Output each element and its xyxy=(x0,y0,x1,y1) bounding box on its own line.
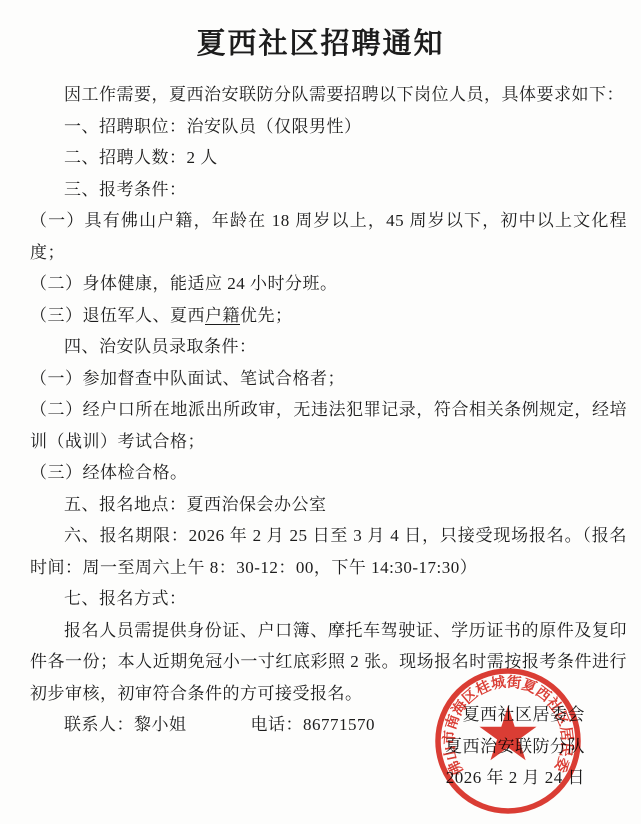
requirement-3-prefix: （三）退伍军人、夏西 xyxy=(30,306,205,325)
admission-3: （三）经体检合格。 xyxy=(30,457,627,489)
admission-2: （二）经户口所在地派出所政审，无违法犯罪记录，符合相关条例规定，经培训（战训）考… xyxy=(30,394,627,457)
requirement-3: （三）退伍军人、夏西户籍优先； xyxy=(30,300,627,332)
notice-body: 因工作需要，夏西治安联防分队需要招聘以下岗位人员，具体要求如下： 一、招聘职位：… xyxy=(30,79,627,741)
official-seal: 佛山市南海区桂城街夏西社区居民委员会 xyxy=(432,663,584,821)
item-requirements-heading: 三、报考条件： xyxy=(30,174,627,206)
intro-paragraph: 因工作需要，夏西治安联防分队需要招聘以下岗位人员，具体要求如下： xyxy=(30,79,627,111)
notice-title: 夏西社区招聘通知 xyxy=(0,22,641,66)
requirement-1: （一）具有佛山户籍，年龄在 18 周岁以上，45 周岁以下，初中以上文化程度； xyxy=(30,205,627,268)
item-deadline: 六、报名期限：2026 年 2 月 25 日至 3 月 4 日，只接受现场报名。… xyxy=(30,520,627,583)
item-location: 五、报名地点：夏西治保会办公室 xyxy=(30,489,627,521)
requirement-3-suffix: 优先； xyxy=(240,306,293,325)
item-method-heading: 七、报名方式： xyxy=(30,583,627,615)
item-position: 一、招聘职位：治安队员（仅限男性） xyxy=(30,111,627,143)
notice-document: 夏西社区招聘通知 因工作需要，夏西治安联防分队需要招聘以下岗位人员，具体要求如下… xyxy=(0,0,641,824)
admission-1: （一）参加督查中队面试、笔试合格者； xyxy=(30,363,627,395)
item-admission-heading: 四、治安队员录取条件： xyxy=(30,331,627,363)
requirement-2: （二）身体健康，能适应 24 小时分班。 xyxy=(30,268,627,300)
star-icon xyxy=(480,706,537,760)
item-headcount: 二、招聘人数：2 人 xyxy=(30,142,627,174)
underlined-term: 户籍 xyxy=(205,306,240,325)
